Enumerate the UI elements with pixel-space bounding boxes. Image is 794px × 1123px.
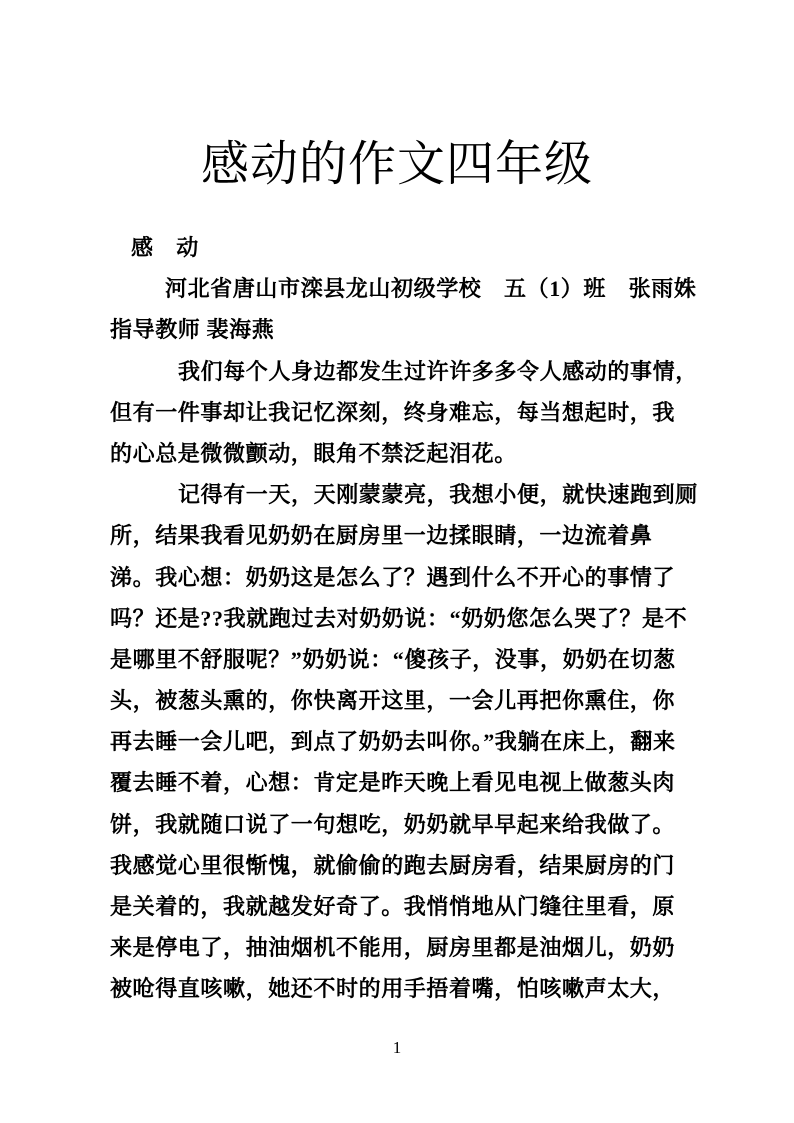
paragraph-line: 所，结果我看见奶奶在厨房里一边揉眼睛，一边流着鼻	[110, 515, 750, 556]
paragraph-line: 饼，我就随口说了一句想吃，奶奶就早早起来给我做了。	[110, 804, 750, 845]
paragraph-line: 是哪里不舒服呢？”奶奶说：“傻孩子，没事，奶奶在切葱	[110, 639, 750, 680]
paragraph-line: 的心总是微微颤动，眼角不禁泛起泪花。	[110, 433, 750, 474]
paragraph-line: 我感觉心里很惭愧，就偷偷的跑去厨房看，结果厨房的门	[110, 845, 750, 886]
byline-school-class-author: 河北省唐山市滦县龙山初级学校 五（1）班 张雨姝	[110, 268, 750, 309]
paragraph-line: 记得有一天，天刚蒙蒙亮，我想小便，就快速跑到厕	[110, 474, 750, 515]
paragraph-line: 但有一件事却让我记忆深刻，终身难忘，每当想起时，我	[110, 392, 750, 433]
paragraph-line: 覆去睡不着，心想：肯定是昨天晚上看见电视上做葱头肉	[110, 762, 750, 803]
paragraph-line: 再去睡一会儿吧，到点了奶奶去叫你。”我躺在床上，翻来	[110, 721, 750, 762]
paragraph-line: 吗？还是??我就跑过去对奶奶说：“奶奶您怎么哭了？是不	[110, 598, 750, 639]
paragraph-line: 涕。我心想：奶奶这是怎么了？遇到什么不开心的事情了	[110, 557, 750, 598]
paragraph-line: 是关着的，我就越发好奇了。我悄悄地从门缝往里看，原	[110, 886, 750, 927]
page-number: 1	[0, 1036, 794, 1060]
document-title: 感动的作文四年级	[110, 131, 684, 199]
paragraph-line: 来是停电了，抽油烟机不能用，厨房里都是油烟儿，奶奶	[110, 927, 750, 968]
paragraph-line: 我们每个人身边都发生过许许多多令人感动的事情，	[110, 351, 750, 392]
section-heading: 感 动	[110, 227, 750, 268]
byline-teacher: 指导教师 裴海燕	[110, 309, 750, 350]
paragraph-line: 被呛得直咳嗽，她还不时的用手捂着嘴，怕咳嗽声太大，	[110, 968, 750, 1009]
document-body: 感 动 河北省唐山市滦县龙山初级学校 五（1）班 张雨姝 指导教师 裴海燕 我们…	[110, 227, 750, 1010]
document-page: 感动的作文四年级 感 动 河北省唐山市滦县龙山初级学校 五（1）班 张雨姝 指导…	[0, 0, 794, 1123]
paragraph-line: 头，被葱头熏的，你快离开这里，一会儿再把你熏住，你	[110, 680, 750, 721]
